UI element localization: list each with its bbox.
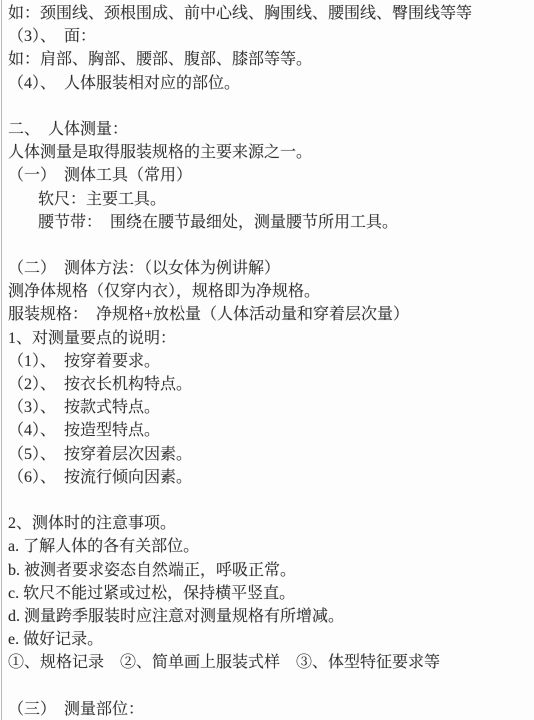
- text-line: ①、规格记录 ②、简单画上服装式样 ③、体型特征要求等: [8, 651, 532, 674]
- text-line: 人体测量是取得服装规格的主要来源之一。: [8, 141, 532, 164]
- text-line: （4）、 按造型特点。: [8, 419, 532, 442]
- text-line: a. 了解人体的各有关部位。: [8, 535, 532, 558]
- text-line: b. 被测者要求姿态自然端正，呼吸正常。: [8, 559, 532, 582]
- blank-line: [8, 674, 532, 697]
- text-line: e. 做好记录。: [8, 628, 532, 651]
- text-line: 如：肩部、胸部、腰部、腹部、膝部等等。: [8, 48, 532, 71]
- text-line: d. 测量跨季服装时应注意对测量规格有所增减。: [8, 605, 532, 628]
- text-line: （一） 测体工具（常用）: [8, 164, 532, 187]
- text-line: c. 软尺不能过紧或过松，保持横平竖直。: [8, 582, 532, 605]
- text-line: 腰节带： 围绕在腰节最细处，测量腰节所用工具。: [8, 211, 532, 234]
- page-edge-line: [1, 0, 2, 720]
- blank-line: [8, 95, 532, 118]
- text-line: 软尺：主要工具。: [8, 188, 532, 211]
- document-content: 如：颈围线、颈根围成、前中心线、胸围线、腰围线、臀围线等等（3）、 面：如：肩部…: [8, 2, 532, 720]
- text-line: （二） 测体方法：（以女体为例讲解）: [8, 257, 532, 280]
- blank-line: [8, 489, 532, 512]
- text-line: 如：颈围线、颈根围成、前中心线、胸围线、腰围线、臀围线等等: [8, 2, 532, 25]
- blank-line: [8, 234, 532, 257]
- text-line: 测净体规格（仅穿内衣），规格即为净规格。: [8, 280, 532, 303]
- text-line: （1）、 按穿着要求。: [8, 350, 532, 373]
- text-line: 服装规格： 净规格+放松量（人体活动量和穿着层次量）: [8, 303, 532, 326]
- text-line: （5）、 按穿着层次因素。: [8, 443, 532, 466]
- text-line: （4）、 人体服装相对应的部位。: [8, 72, 532, 95]
- text-line: 二、 人体测量：: [8, 118, 532, 141]
- text-line: （2）、 按衣长机构特点。: [8, 373, 532, 396]
- text-line: （三） 测量部位：: [8, 698, 532, 720]
- text-line: （3）、 面：: [8, 25, 532, 48]
- text-line: 1、对测量要点的说明：: [8, 327, 532, 350]
- text-line: 2、测体时的注意事项。: [8, 512, 532, 535]
- text-line: （3）、 按款式特点。: [8, 396, 532, 419]
- text-line: （6）、 按流行倾向因素。: [8, 466, 532, 489]
- document-page: 如：颈围线、颈根围成、前中心线、胸围线、腰围线、臀围线等等（3）、 面：如：肩部…: [0, 0, 534, 720]
